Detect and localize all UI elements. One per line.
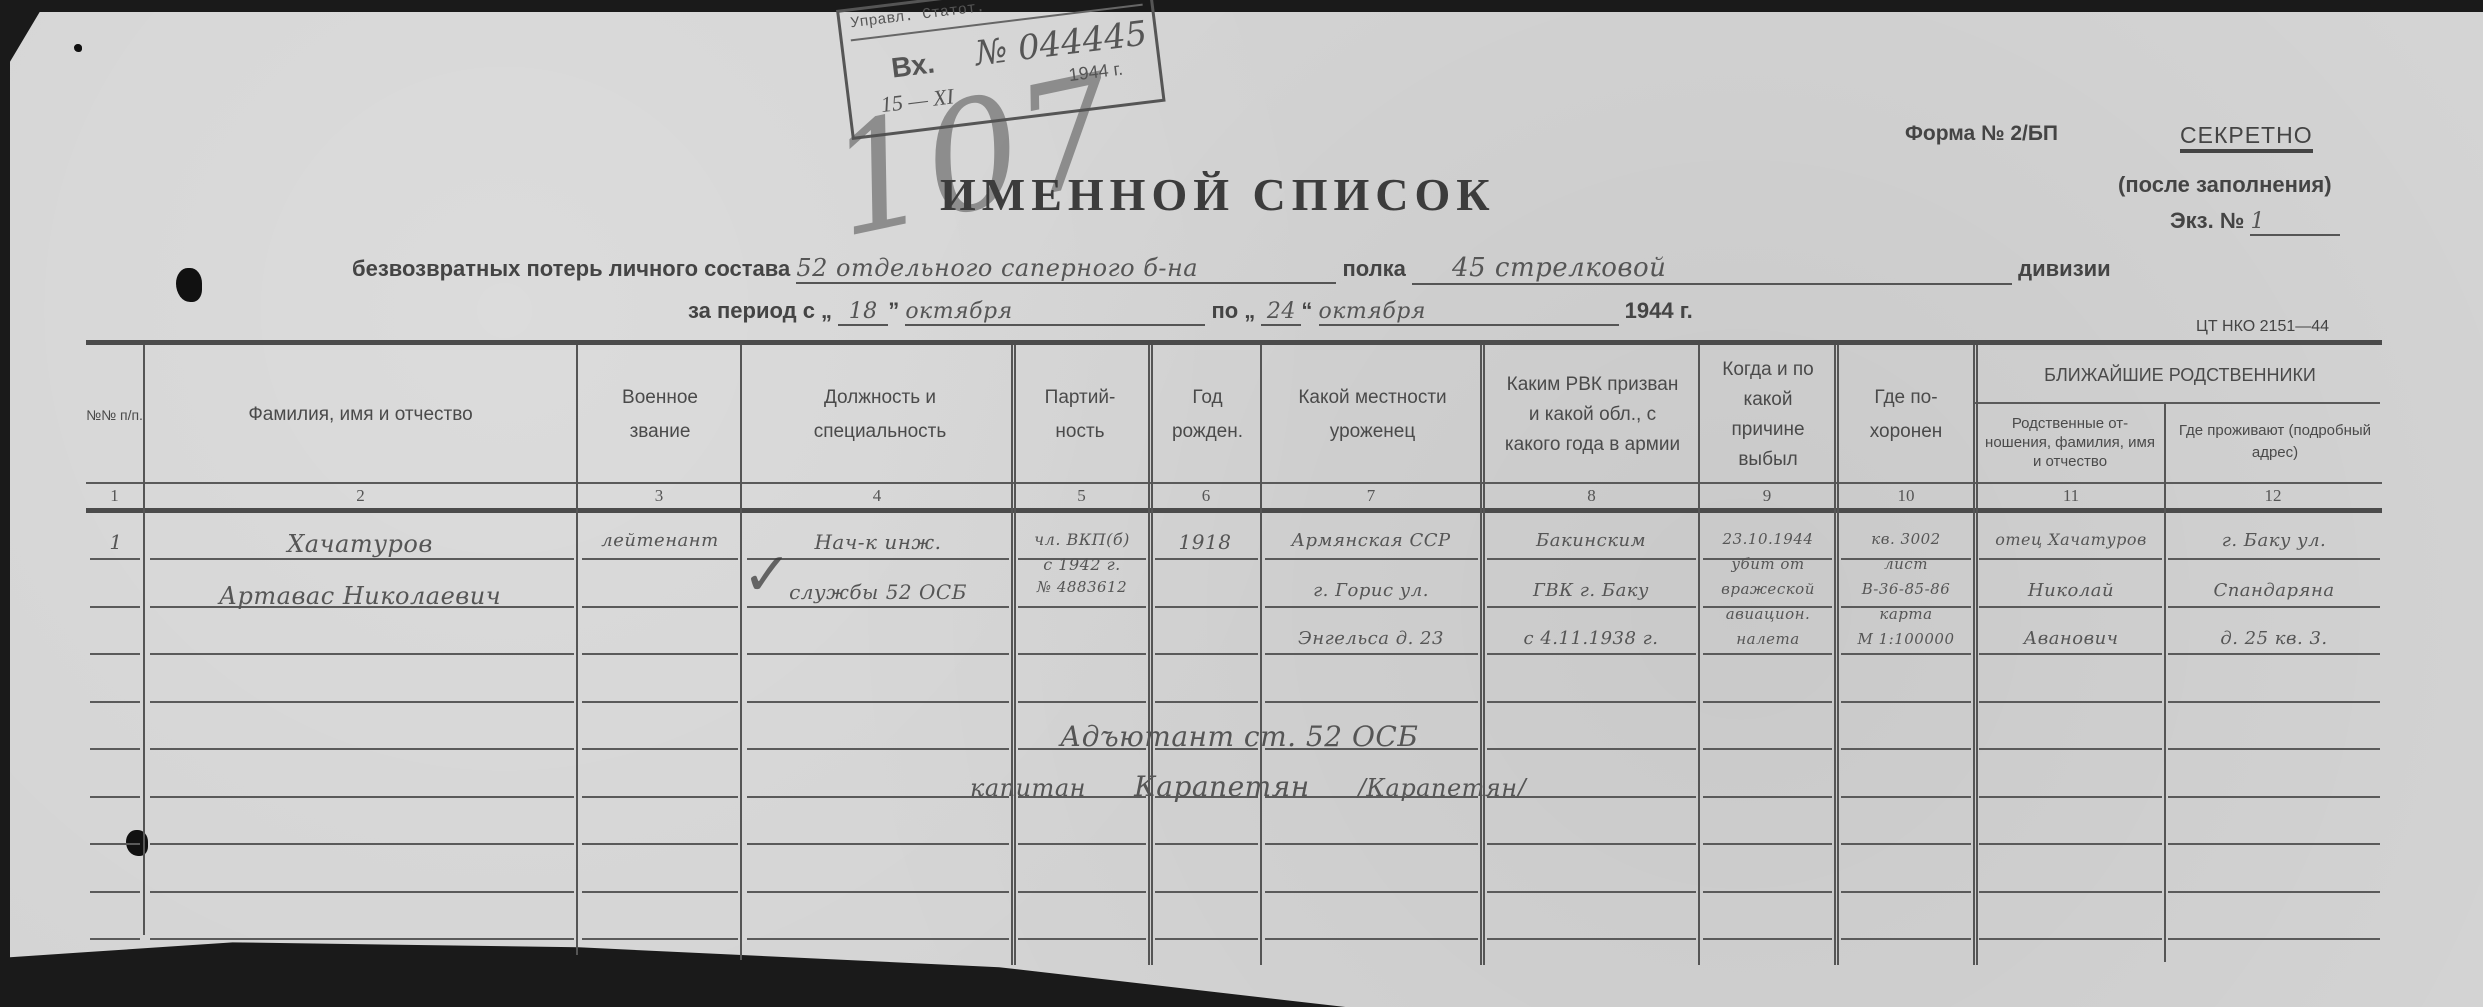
header-col-8: Каким РВК призван и какой обл., с какого… [1500, 350, 1685, 480]
surname: Хачатуров [150, 530, 570, 558]
buried-line-3: В-36-85-86 [1840, 580, 1972, 598]
row-rule [1979, 891, 2162, 893]
period-from-day: 18 [838, 299, 888, 326]
row-rule [1155, 843, 1258, 845]
col-number-7: 7 [1262, 486, 1480, 506]
row-rule [1703, 748, 1832, 750]
row-rule [90, 891, 140, 893]
row-rule [582, 891, 738, 893]
division-field: 45 стрелковой [1412, 253, 2012, 285]
row-rule [582, 606, 738, 608]
birthplace-line-2: г. Горис ул. [1265, 580, 1477, 601]
relative-line-2: Николай [1978, 580, 2164, 601]
row-rule [582, 938, 738, 940]
row-rule [150, 843, 574, 845]
when-why-line-2: убит от [1702, 555, 1834, 573]
header-bottom-line [86, 482, 2382, 484]
row-rule [2168, 843, 2380, 845]
period-prefix: за период с „ [688, 298, 832, 323]
col-divider-4 [1011, 345, 1016, 965]
row-rule [2168, 606, 2380, 608]
copy-number: 1 [2250, 209, 2340, 236]
period-from-month: октября [905, 299, 1205, 326]
row-rule [1487, 653, 1696, 655]
col-divider-6 [1260, 345, 1262, 965]
row-rule [1841, 653, 1971, 655]
signature-name: /Карапетян/ [1358, 774, 1526, 802]
header-col-4: Должность и специальность [780, 350, 980, 480]
row-rule [747, 891, 1009, 893]
given-name-patronymic: Артавас Николаевич [150, 582, 570, 610]
row-rule [747, 653, 1009, 655]
header-col-5: Партий-ность [1030, 350, 1130, 480]
row-rule [1155, 653, 1258, 655]
row-rule [1018, 891, 1146, 893]
col-divider-10 [1973, 345, 1978, 965]
header-col-7: Какой местности уроженец [1270, 350, 1475, 480]
row-rule [1703, 796, 1832, 798]
row-rule [1487, 748, 1696, 750]
row-rule [2168, 891, 2380, 893]
birth-year: 1918 [1155, 530, 1255, 554]
when-why-line-1: 23.10.1944 [1702, 530, 1834, 548]
col-number-10: 10 [1839, 486, 1973, 506]
print-code: ЦТ НКО 2151—44 [2196, 318, 2329, 336]
signature-scrawl: Карапетян [1134, 770, 1310, 803]
col-number-6: 6 [1152, 486, 1260, 506]
losses-line: безвозвратных потерь личного состава 52 … [352, 253, 2111, 285]
row-rule [1487, 891, 1696, 893]
buried-line-5: М 1:100000 [1840, 630, 1972, 648]
row-rule [1979, 558, 2162, 560]
row-rule [1841, 843, 1971, 845]
form-label: Форма № 2/БП [1905, 122, 2058, 146]
row-rule [1265, 606, 1478, 608]
row-rule [2168, 748, 2380, 750]
row-rule [1487, 606, 1696, 608]
row-rule [1155, 606, 1258, 608]
row-rule [90, 796, 140, 798]
col-divider-3 [740, 345, 742, 960]
row-rule [582, 796, 738, 798]
row-rule [1155, 701, 1258, 703]
copy-label: Экз. № [2170, 208, 2244, 233]
row-rule [1265, 938, 1478, 940]
signature-line: капитан Карапетян /Карапетян/ [970, 770, 1526, 803]
secrecy-label: СЕКРЕТНО [2180, 122, 2313, 153]
row-rule [1979, 606, 2162, 608]
signature-rank: капитан [970, 774, 1086, 802]
party-line-1: чл. ВКП(б) [1016, 530, 1148, 549]
row-rule [1018, 843, 1146, 845]
row-rule [582, 653, 738, 655]
col-number-3: 3 [578, 486, 740, 506]
party-line-2: с 1942 г. [1016, 555, 1148, 574]
row-rule [1979, 701, 2162, 703]
row-rule [90, 653, 140, 655]
period-year: 1944 г. [1625, 298, 1693, 323]
row-rule [1265, 891, 1478, 893]
row-rule [1155, 938, 1258, 940]
row-rule [1265, 701, 1478, 703]
when-why-line-3: вражеской [1702, 580, 1834, 598]
buried-line-1: кв. 3002 [1840, 530, 1972, 548]
row-rule [582, 843, 738, 845]
col-number-5: 5 [1015, 486, 1148, 506]
row-rule [582, 558, 738, 560]
col-divider-7 [1480, 345, 1485, 965]
row-rule [1841, 891, 1971, 893]
row-rule [1018, 938, 1146, 940]
stamp-header: Управл. Статот. [850, 0, 986, 32]
row-rule [747, 701, 1009, 703]
signature-title: Адъютант ст. 52 ОСБ [1060, 720, 1418, 753]
row-rule [1979, 938, 2162, 940]
period-to-month: октября [1319, 299, 1619, 326]
row-rule [150, 558, 574, 560]
row-rule [1703, 653, 1832, 655]
row-rule [1979, 748, 2162, 750]
row-rule [90, 558, 140, 560]
row-rule [1018, 653, 1146, 655]
header-col-12: Где проживают (подробный адрес) [2170, 404, 2380, 480]
col-number-4: 4 [742, 486, 1012, 506]
row-rule [1018, 701, 1146, 703]
row-rule [90, 606, 140, 608]
row-rule [150, 748, 574, 750]
period-line: за период с „ 18” октября по „ 24“ октяб… [688, 298, 1693, 326]
col-divider-2 [576, 345, 578, 955]
row-rule [1487, 938, 1696, 940]
col-number-12: 12 [2166, 486, 2380, 506]
table-top-border [86, 340, 2382, 345]
col-number-2: 2 [145, 486, 576, 506]
row-rule [1703, 891, 1832, 893]
row-rule [1703, 843, 1832, 845]
draft-line-2: ГВК г. Баку [1487, 580, 1695, 601]
address-line-3: д. 25 кв. 3. [2168, 628, 2380, 649]
row-rule [2168, 558, 2380, 560]
row-rule [2168, 938, 2380, 940]
row-rule [2168, 796, 2380, 798]
header-col-6: Год рожден. [1160, 350, 1255, 480]
relative-line-3: Аванович [1978, 628, 2164, 649]
row-rule [150, 701, 574, 703]
row-rule [150, 796, 574, 798]
header-col-3: Военное звание [600, 350, 720, 480]
col-divider-5 [1148, 345, 1153, 965]
row-rule [90, 748, 140, 750]
row-rule [150, 938, 574, 940]
row-rule [582, 701, 738, 703]
party-line-3: № 4883612 [1016, 578, 1148, 596]
when-why-line-5: налета [1702, 630, 1834, 648]
row-rule [150, 653, 574, 655]
row-rule [1487, 701, 1696, 703]
row-rule [1487, 558, 1696, 560]
row-number: 1 [96, 530, 136, 554]
period-to-label: по „ [1211, 298, 1255, 323]
ink-spot [74, 44, 82, 52]
birthplace-line-1: Армянская ССР [1265, 530, 1477, 551]
row-rule [1265, 843, 1478, 845]
row-rule [1018, 606, 1146, 608]
header-group-relatives: БЛИЖАЙШИЕ РОДСТВЕННИКИ [1980, 350, 2380, 400]
row-rule [150, 891, 574, 893]
division-label: дивизии [2018, 256, 2111, 281]
col-number-11: 11 [1978, 486, 2164, 506]
page-title: ИМЕННОЙ СПИСОК [940, 168, 1496, 221]
header-col-9: Когда и по какой причине выбыл [1712, 350, 1824, 480]
unit-field: 52 отдельного саперного б-на [796, 254, 1336, 284]
check-mark-icon: ✓ [742, 540, 792, 610]
col-divider-8 [1698, 345, 1700, 965]
row-rule [1841, 701, 1971, 703]
row-rule [90, 701, 140, 703]
col-number-8: 8 [1485, 486, 1698, 506]
row-rule [747, 938, 1009, 940]
header-col-1: №№ п/п. [86, 380, 143, 450]
buried-line-4: карта [1840, 605, 1972, 623]
row-rule [90, 938, 140, 940]
address-line-1: г. Баку ул. [2168, 530, 2380, 551]
row-rule [1979, 843, 2162, 845]
row-rule [1703, 938, 1832, 940]
row-rule [1841, 748, 1971, 750]
row-rule [2168, 701, 2380, 703]
row-rule [2168, 653, 2380, 655]
row-rule [90, 843, 140, 845]
row-rule [1979, 796, 2162, 798]
when-why-line-4: авиацион. [1702, 605, 1834, 623]
birthplace-line-3: Энгельса д. 23 [1265, 628, 1477, 649]
row-rule [1487, 843, 1696, 845]
col-number-1: 1 [86, 486, 143, 506]
number-row-bottom-line [86, 508, 2382, 513]
col-number-9: 9 [1700, 486, 1834, 506]
col-divider-9 [1834, 345, 1839, 965]
draft-line-1: Бакинским [1487, 530, 1695, 551]
military-rank: лейтенант [580, 530, 740, 551]
row-rule [1265, 558, 1478, 560]
header-col-10: Где по-хоронен [1850, 350, 1962, 480]
row-rule [582, 748, 738, 750]
address-line-2: Спандаряна [2168, 580, 2380, 601]
buried-line-2: лист [1840, 555, 1972, 573]
row-rule [1155, 558, 1258, 560]
row-rule [1979, 653, 2162, 655]
row-rule [1841, 938, 1971, 940]
row-rule [1265, 653, 1478, 655]
header-col-2: Фамилия, имя и отчество [145, 350, 576, 480]
copy-number-label: Экз. № 1 [2170, 208, 2340, 236]
row-rule [1155, 891, 1258, 893]
row-rule [1841, 796, 1971, 798]
row-rule [1703, 701, 1832, 703]
losses-prefix: безвозвратных потерь личного состава [352, 256, 790, 281]
draft-line-3: с 4.11.1938 г. [1487, 628, 1695, 649]
punch-hole-top [176, 268, 202, 302]
relative-line-1: отец Хачатуров [1978, 530, 2164, 549]
regiment-label: полка [1343, 256, 1406, 281]
header-col-11: Родственные от-ношения, фамилия, имя и о… [1980, 404, 2160, 480]
after-filling-label: (после заполнения) [2118, 172, 2332, 198]
row-rule [747, 843, 1009, 845]
row-rule [747, 748, 1009, 750]
period-to-day: 24 [1261, 299, 1301, 326]
